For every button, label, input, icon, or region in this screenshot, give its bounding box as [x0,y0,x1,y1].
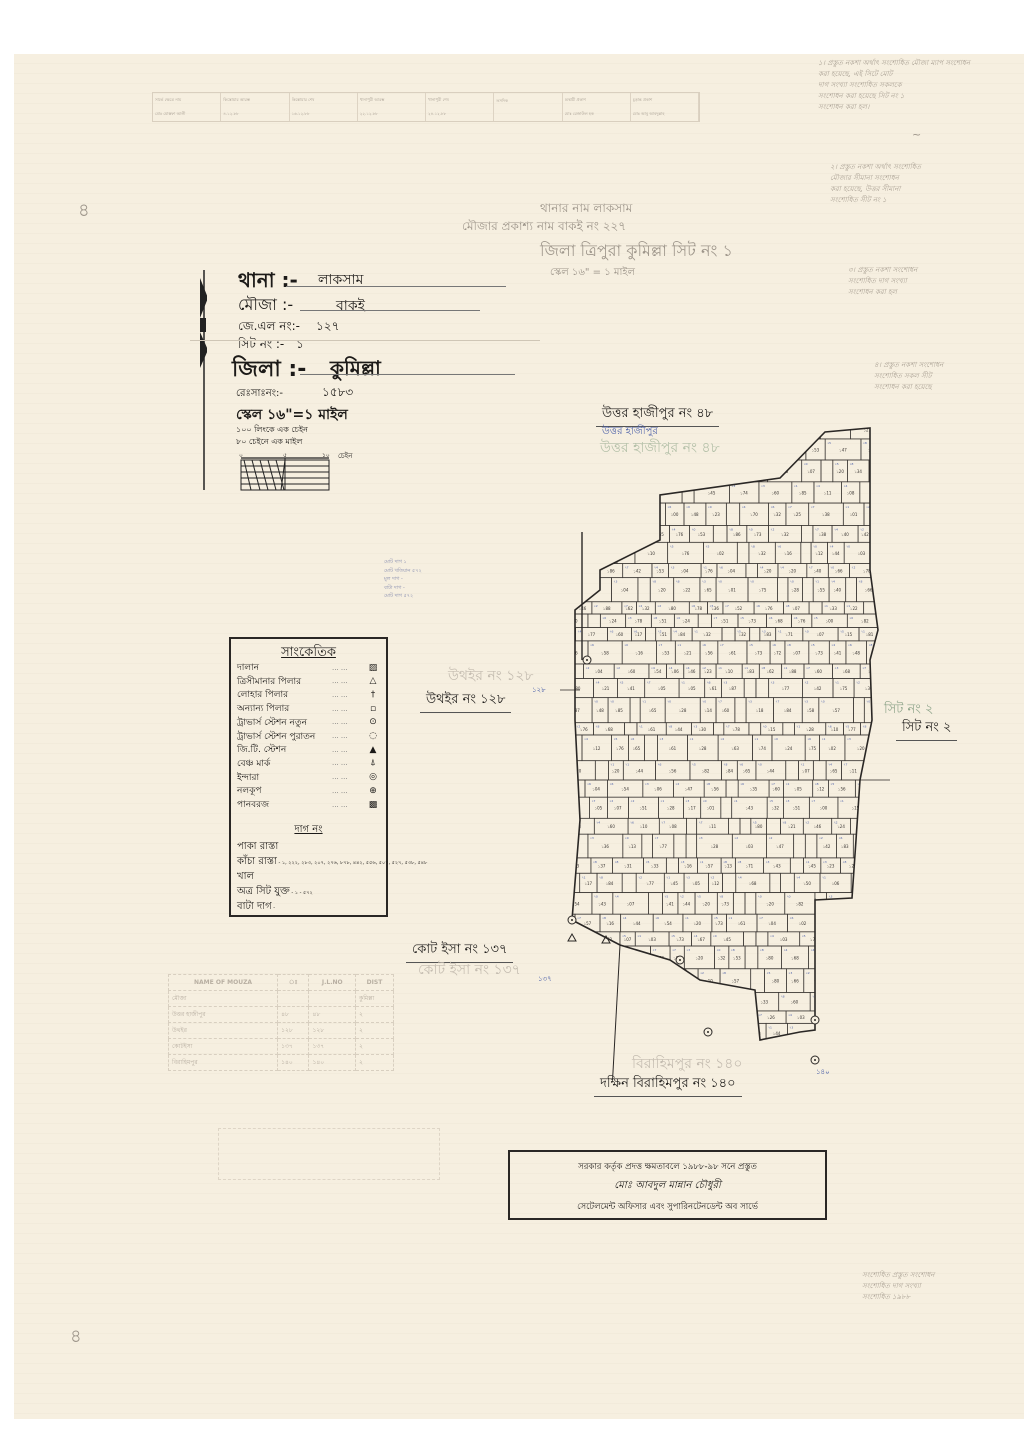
svg-text:১32: ১32 [781,532,789,537]
svg-text:১68: ১68 [791,955,799,960]
svg-text:২2: ২2 [576,725,580,729]
svg-text:২2: ২2 [605,971,609,975]
svg-text:২5: ২5 [827,441,831,445]
svg-text:১14: ১14 [628,1031,636,1036]
svg-text:১60: ১60 [616,632,624,637]
svg-text:১05: ১05 [696,469,704,474]
svg-text:১40: ১40 [567,1015,575,1020]
svg-text:২3: ২3 [823,860,827,864]
boundary-southwest-blue: ১৩৭ [538,973,552,985]
svg-text:২3: ২3 [696,484,700,488]
svg-text:২7: ২7 [788,505,792,509]
svg-text:২2: ২2 [734,836,738,840]
svg-text:২6: ২6 [839,836,843,840]
svg-text:২1: ২1 [796,725,800,729]
svg-text:২6: ২6 [828,725,832,729]
register-column: অস্থায়ী প্রকাশমোঃ রেজাউল হক [563,93,631,121]
svg-text:২5: ২5 [874,527,878,531]
svg-text:২4: ২4 [578,630,582,634]
svg-text:১76: ১76 [572,955,580,960]
svg-text:২0: ২0 [686,505,690,509]
svg-text:২6: ২6 [756,604,760,608]
svg-text:১47: ১47 [839,447,847,452]
svg-text:১16: ১16 [784,551,792,556]
svg-text:১11: ১11 [888,806,890,811]
legend-item: বেঞ্চ মার্ক... ...⍋ [237,757,380,770]
svg-text:২1: ২1 [734,799,738,803]
legend-leader-dots: ... ... [332,732,366,740]
svg-text:২0: ২0 [562,566,566,570]
svg-text:২4: ২4 [654,566,658,570]
svg-text:১56: ১56 [873,864,881,869]
svg-text:২0: ২0 [625,836,629,840]
register-value: ৪.১২.৮৮ [223,111,286,118]
faint-table-cell: ঃ [278,975,309,991]
svg-text:২6: ২6 [675,1058,679,1062]
svg-text:২6: ২6 [807,737,811,741]
svg-text:২0: ২0 [717,948,721,952]
svg-text:১07: ১07 [822,1031,830,1036]
svg-text:১05: ১05 [563,1066,571,1071]
svg-text:১48: ১48 [596,708,604,713]
svg-text:২5: ২5 [670,544,674,548]
svg-text:২3: ২3 [786,799,790,803]
svg-text:২1: ২1 [694,630,698,634]
svg-text:২4: ২4 [770,934,774,938]
svg-text:২5: ২5 [889,836,890,840]
svg-text:২1: ২1 [835,681,839,685]
svg-text:২5: ২5 [706,544,710,548]
svg-text:১60: ১60 [772,787,780,792]
svg-text:১82: ১82 [861,619,869,624]
faint-table-row: বিরাহিমপুর১৪০১৪০২ [169,1055,394,1071]
svg-text:২0: ২0 [594,700,598,704]
svg-text:১60: ১60 [771,490,779,495]
faint-table-cell: বিরাহিমপুর [169,1055,278,1071]
faint-table-cell: ১৩৭ [309,1039,356,1055]
svg-text:১88: ১88 [858,979,866,984]
svg-text:২0: ২0 [585,544,589,548]
svg-text:২0: ২0 [805,630,809,634]
svg-text:১73: ১73 [721,901,729,906]
svg-text:২0: ২0 [676,616,680,620]
boundary-west-faint: উথইর নং ১২৮ [448,664,534,688]
svg-text:১34: ১34 [615,447,623,452]
svg-text:২4: ২4 [562,544,566,548]
svg-text:১40: ১40 [577,447,585,452]
svg-text:২1: ২1 [815,580,819,584]
svg-text:২5: ২5 [587,422,591,426]
mouza-underline [300,310,480,311]
svg-text:১30: ১30 [865,686,873,691]
svg-text:১51: ১51 [695,1047,703,1052]
svg-text:১06: ১06 [570,650,578,655]
svg-text:২6: ২6 [707,681,711,685]
svg-text:২1: ২1 [690,737,694,741]
faint-table-cell: ১৩৭ [278,1039,309,1055]
svg-text:২7: ২7 [662,462,666,466]
svg-text:১70: ১70 [575,1000,583,1005]
svg-text:১41: ১41 [672,427,680,432]
svg-text:১03: ১03 [648,937,656,942]
page-mark-bottom: ৪ [70,1322,82,1353]
svg-text:২7: ২7 [595,948,599,952]
svg-text:২5: ২5 [802,934,806,938]
svg-text:২7: ২7 [699,820,703,824]
svg-text:১60: ১60 [722,708,730,713]
boundary-west: উথইর নং ১২৮ [420,690,511,713]
svg-text:২8: ২8 [599,875,603,879]
svg-text:২1: ২1 [562,630,566,634]
svg-text:২2: ২2 [631,441,635,445]
svg-text:২3: ২3 [562,860,566,864]
svg-text:১20: ১20 [764,569,772,574]
dag-row-value: - [272,905,275,911]
svg-text:১70: ১70 [750,512,758,517]
mini-list-item: মোট দাগ ১ [384,558,422,567]
svg-text:১75: ১75 [840,686,848,691]
register-column: কিস্তোয়ার আরম্ভ৪.১২.৮৮ [221,93,289,121]
svg-text:২7: ২7 [860,1044,864,1048]
svg-text:২6: ২6 [658,763,662,767]
svg-text:২1: ২1 [642,1058,646,1062]
svg-text:১63: ১63 [731,746,739,751]
svg-text:২5: ২5 [767,971,771,975]
svg-text:২2: ২2 [658,630,662,634]
svg-text:১12: ১12 [565,569,573,574]
svg-text:২0: ২0 [702,700,706,704]
svg-text:২5: ২5 [655,1013,659,1017]
svg-text:২6: ২6 [562,820,566,824]
svg-text:১10: ১10 [640,824,648,829]
svg-text:১32: ১32 [783,1066,791,1071]
svg-text:১75: ১75 [886,588,890,593]
dag-row-label: কাঁচা রাস্তা [237,856,277,867]
svg-text:১10: ১10 [647,551,655,556]
svg-text:১06: ১06 [654,787,662,792]
svg-text:১78: ১78 [694,606,702,611]
svg-text:১22: ১22 [683,588,691,593]
svg-text:১02: ১02 [716,551,724,556]
svg-text:১00: ১00 [590,469,598,474]
svg-text:২1: ২1 [874,971,878,975]
svg-text:১84: ১84 [864,787,872,792]
bench-mark-icon: ⍋ [366,758,380,768]
svg-text:১17: ১17 [688,806,696,811]
svg-text:১78: ১78 [732,727,740,732]
svg-text:১68: ১68 [749,881,757,886]
svg-text:২5: ২5 [658,971,662,975]
svg-text:১05: ১05 [590,551,598,556]
svg-text:২4: ২4 [596,820,600,824]
svg-text:২0: ২0 [813,544,817,548]
svg-text:১00: ১00 [826,619,834,624]
svg-text:২7: ২7 [655,836,659,840]
margin-note-bottom: সংশোধিত প্রস্তুত সংশোধন সংশোধিত দাগ সংখ্… [862,1270,935,1303]
svg-text:১62: ১62 [778,447,786,452]
svg-text:১78: ১78 [791,1047,799,1052]
svg-text:২4: ২4 [673,630,677,634]
svg-text:২7: ২7 [809,566,813,570]
svg-text:১58: ১58 [874,512,882,517]
svg-text:১44: ১44 [832,551,840,556]
svg-text:২7: ২7 [771,782,775,786]
legend-box: সাংকেতিক দাগ নং দালান... ...▨ত্রিসীমানার… [229,637,388,917]
double-circle-icon: ◎ [366,772,380,782]
svg-text:২2: ২2 [638,875,642,879]
svg-text:১32: ১32 [642,606,650,611]
svg-text:২3: ২3 [699,836,703,840]
svg-text:১07: ১07 [614,806,622,811]
dag-row-label: খাল [237,871,254,882]
svg-text:২7: ২7 [672,948,676,952]
svg-text:১21: ১21 [684,650,692,655]
svg-text:১76: ১76 [580,727,588,732]
svg-text:২3: ২3 [788,971,792,975]
svg-text:১82: ১82 [702,768,710,773]
svg-text:১01: ১01 [728,588,736,593]
svg-text:২3: ২3 [748,700,752,704]
faint-table-row: NAME OF MOUZAঃJ.L.NODIST [169,975,394,991]
svg-text:১25: ১25 [793,512,801,517]
svg-text:২4: ২4 [628,462,632,466]
svg-text:২7: ২7 [718,700,722,704]
svg-text:২6: ২6 [870,994,874,998]
svg-text:১03: ১03 [780,937,788,942]
svg-text:২1: ২1 [625,763,629,767]
svg-text:২4: ২4 [811,948,815,952]
svg-text:২4: ২4 [720,737,724,741]
svg-text:১00: ১00 [820,806,828,811]
svg-text:২7: ২7 [653,948,657,952]
svg-text:২0: ২0 [750,1025,754,1029]
svg-text:২4: ২4 [620,484,624,488]
svg-text:১46: ১46 [749,469,757,474]
svg-text:২1: ২1 [562,763,566,767]
svg-text:২2: ২2 [700,971,704,975]
svg-text:১53: ১53 [698,532,706,537]
svg-text:১02: ১02 [828,746,836,751]
svg-text:১16: ১16 [684,864,692,869]
svg-text:১24: ১24 [682,619,690,624]
svg-text:১77: ১77 [782,686,790,691]
scale-tick-0: ০ [239,450,243,461]
svg-text:২6: ২6 [885,441,889,445]
svg-text:১07: ১07 [567,746,575,751]
svg-text:১05: ১05 [688,686,696,691]
mini-list-item: মুল দাগ - [384,575,422,584]
svg-text:২3: ২3 [751,441,755,445]
svg-text:২8: ২8 [869,643,873,647]
svg-text:২4: ২4 [844,484,848,488]
svg-text:২6: ২6 [589,1044,593,1048]
svg-text:২1: ২1 [840,799,844,803]
svg-text:২7: ২7 [776,700,780,704]
legend-item: দালান... ...▨ [237,661,380,674]
dag-row-label: বাটা দাগ [237,901,272,912]
svg-text:২7: ২7 [811,799,815,803]
svg-text:২2: ২2 [562,1058,566,1062]
svg-text:২6: ২6 [883,580,887,584]
svg-text:২1: ২1 [882,782,886,786]
svg-text:১10: ১10 [831,727,839,732]
svg-text:২3: ২3 [690,422,694,426]
mini-list-item: মোট দাগ ৫৭২ [384,592,422,601]
svg-text:২6: ২6 [610,782,614,786]
faint-table-cell: NAME OF MOUZA [169,975,278,991]
faint-table-cell: ২ [356,1007,394,1023]
svg-text:১75: ১75 [759,588,767,593]
svg-text:২6: ২6 [837,1058,841,1062]
svg-text:২0: ২0 [830,566,834,570]
svg-text:১63: ১63 [756,1066,764,1071]
svg-text:১75: ১75 [810,937,818,942]
svg-text:২5: ২5 [580,527,584,531]
svg-text:২1: ২1 [677,643,681,647]
svg-text:২6: ২6 [562,1025,566,1029]
faint-header-line1: থানার নাম লাকসাম [540,200,632,220]
legend-item: ইন্দারা... ...◎ [237,771,380,784]
svg-text:১60: ১60 [791,1000,799,1005]
svg-text:২8: ২8 [882,948,886,952]
scale-bar-unit: চেইন [338,450,352,462]
svg-text:১38: ১38 [890,569,891,574]
svg-text:২7: ২7 [806,666,810,670]
svg-text:২6: ২6 [696,1013,700,1017]
svg-text:২4: ২4 [686,666,690,670]
svg-text:২7: ২7 [624,604,628,608]
svg-text:২7: ২7 [592,799,596,803]
svg-text:১30: ১30 [698,727,706,732]
svg-text:২7: ২7 [562,462,566,466]
svg-text:২6: ২6 [562,916,566,920]
svg-text:২7: ২7 [832,1013,836,1017]
svg-text:১23: ১23 [850,955,858,960]
svg-text:১61: ১61 [648,727,656,732]
svg-text:২2: ২2 [770,462,774,466]
svg-text:২3: ২3 [562,681,566,685]
svg-text:১14: ১14 [704,708,712,713]
faint-table-cell: ৪৮ [309,1007,356,1023]
svg-text:২6: ২6 [771,505,775,509]
svg-text:২8: ২8 [729,527,733,531]
svg-text:২5: ২5 [845,725,849,729]
svg-text:১56: ১56 [669,768,677,773]
svg-text:২0: ২0 [849,616,853,620]
svg-text:১42: ১42 [814,686,822,691]
svg-text:২2: ২2 [680,895,684,899]
svg-text:১21: ১21 [602,686,610,691]
svg-text:১13: ১13 [628,844,636,849]
svg-text:১52: ১52 [823,1000,831,1005]
svg-text:১12: ১12 [590,1015,598,1020]
svg-text:২4: ২4 [562,875,566,879]
svg-text:২6: ২6 [772,643,776,647]
svg-text:২1: ২1 [582,875,586,879]
svg-text:১50: ১50 [622,512,630,517]
svg-text:২4: ২4 [831,643,835,647]
svg-text:২7: ২7 [577,916,581,920]
svg-text:২7: ২7 [815,527,819,531]
svg-text:২0: ২0 [708,505,712,509]
svg-text:১76: ১76 [765,606,773,611]
svg-text:১05: ১05 [658,686,666,691]
svg-text:১23: ১23 [827,864,835,869]
legend-item: ট্রাভার্স স্টেশন পুরাতন... ...◌ [237,730,380,743]
legend-item: ট্রাভার্স স্টেশন নতুন... ...⊙ [237,716,380,729]
svg-text:২6: ২6 [667,505,671,509]
svg-text:১35: ১35 [750,787,758,792]
svg-text:১65: ১65 [649,708,657,713]
svg-text:২5: ২5 [622,934,626,938]
svg-text:২1: ২1 [824,604,828,608]
svg-text:১74: ১74 [758,746,766,751]
svg-text:২6: ২6 [882,630,886,634]
svg-text:১84: ১84 [606,881,614,886]
svg-text:২0: ২0 [750,580,754,584]
svg-text:২0: ২0 [787,895,791,899]
svg-text:১11: ১11 [824,490,832,495]
faint-header-line3: জিলা ত্রিপুরা কুমিল্লা সিট নং ১ [540,238,733,265]
svg-text:২8: ২8 [679,441,683,445]
svg-text:২2: ২2 [562,643,566,647]
chain-note-2: ৮০ চেইনে এক মাইল [236,436,302,449]
crossed-circle-icon: ⊕ [366,786,380,796]
faint-stamp-box [218,1128,440,1180]
svg-text:১82: ১82 [732,1000,740,1005]
svg-text:২7: ২7 [886,916,890,920]
svg-text:২3: ২3 [562,422,566,426]
svg-text:১02: ১02 [633,469,641,474]
svg-text:১02: ১02 [601,1047,609,1052]
legend-leader-dots: ... ... [332,664,366,672]
district-label: জিলা :- [232,352,306,389]
svg-text:১26: ১26 [648,427,656,432]
svg-text:১74: ১74 [847,1047,855,1052]
faint-table-row: মৌজাকুমিল্লা [169,991,394,1007]
svg-text:১41: ১41 [627,686,635,691]
svg-text:২3: ২3 [680,994,684,998]
faint-header-line2: মৌজার প্রকাশ্য নাম বাকই নং ২২৭ [462,218,626,238]
svg-text:১33: ১33 [651,864,659,869]
svg-text:২4: ২4 [780,566,784,570]
district-underline [300,374,515,375]
svg-text:২0: ২0 [821,700,825,704]
svg-text:১51: ১51 [793,806,801,811]
svg-text:১01: ১01 [888,447,890,452]
svg-text:১28: ১28 [679,708,687,713]
svg-text:২5: ২5 [835,462,839,466]
svg-text:২8: ২8 [562,782,566,786]
svg-text:২4: ২4 [672,527,676,531]
svg-text:২4: ২4 [724,422,728,426]
svg-text:২5: ২5 [805,1058,809,1062]
svg-text:২5: ২5 [562,934,566,938]
svg-text:১12: ১12 [690,1031,698,1036]
svg-text:১68: ১68 [775,619,783,624]
svg-text:১45: ১45 [670,881,678,886]
register-column: খানাপুরী শেষ২৪.১২.৮৮ [426,93,494,121]
svg-text:২3: ২3 [740,462,744,466]
svg-text:২8: ২8 [761,666,765,670]
legend-item: ত্রিসীমানার পিলার... ...△ [237,675,380,688]
faint-table-cell: J.L.NO [309,975,356,991]
svg-text:২1: ২1 [784,666,788,670]
svg-text:২1: ২1 [703,566,707,570]
svg-text:১42: ১42 [861,532,869,537]
svg-text:১12: ১12 [568,427,576,432]
faint-table-cell: উত্তর হাজীপুর [169,1007,278,1023]
